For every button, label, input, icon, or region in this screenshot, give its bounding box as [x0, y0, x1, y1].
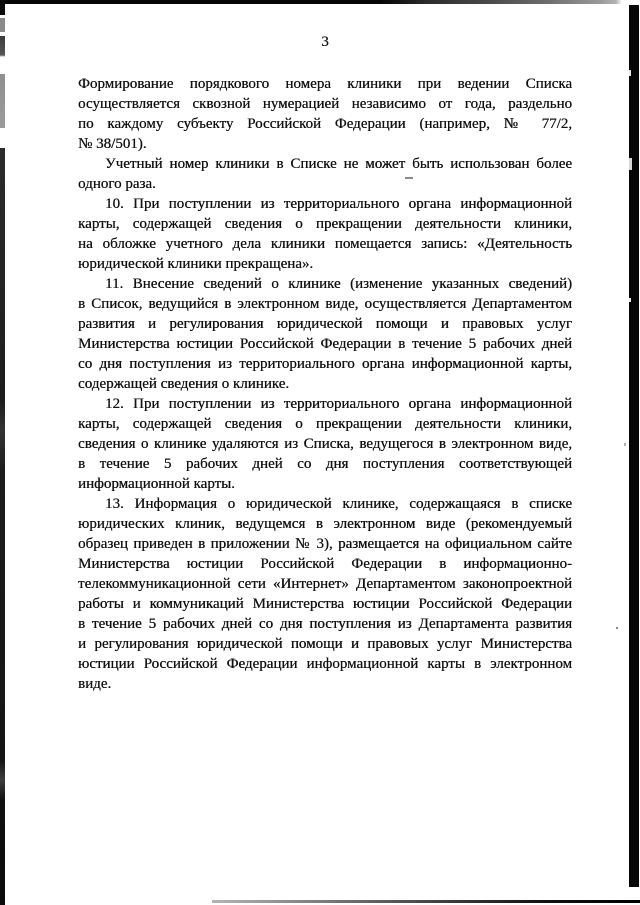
scan-speck: [624, 443, 626, 446]
text-line: карты, содержащей сведения о прекращении…: [78, 214, 572, 234]
text-line: развития и регулирования юридической пом…: [78, 314, 572, 334]
scan-speck: [629, 158, 632, 170]
text-line: Формирование порядкового номера клиники …: [78, 74, 572, 94]
text-line: и регулирования юридической помощи и пра…: [78, 634, 572, 654]
text-line: Учетный номер клиники в Списке не может …: [78, 154, 572, 174]
text-line: в течение 5 рабочих дней со дня поступле…: [78, 614, 572, 634]
paragraph-1: Формирование порядкового номера клиники …: [78, 74, 572, 154]
text-line: 13. Информация о юридической клинике, со…: [78, 494, 572, 514]
text-line: сведения о клинике удаляются из Списка, …: [78, 434, 572, 454]
scan-artifact-bottom-edge: [212, 900, 640, 903]
page-number: 3: [78, 34, 572, 51]
text-line: телекоммуникационной сети «Интернет» Деп…: [78, 574, 572, 594]
text-line: Министерства юстиции Российской Федераци…: [78, 334, 572, 354]
text-line: по каждому субъекту Российской Федерации…: [78, 114, 572, 134]
text-line: карты, содержащей сведения о прекращении…: [78, 414, 572, 434]
text-line: в течение 5 рабочих дней со дня поступле…: [78, 454, 572, 474]
text-line: виде.: [78, 674, 572, 694]
paragraph-2: Учетный номер клиники в Списке не может …: [78, 154, 572, 194]
scan-artifact-left-edge: [0, 0, 5, 905]
paragraph-4: 11. Внесение сведений о клинике (изменен…: [78, 274, 572, 394]
text-line: Министерства юстиции Российской Федераци…: [78, 554, 572, 574]
text-line: юридических клиник, ведущемся в электрон…: [78, 514, 572, 534]
text-line: работы и коммуникаций Министерства юстиц…: [78, 594, 572, 614]
text-line: 11. Внесение сведений о клинике (изменен…: [78, 274, 572, 294]
text-line: информационной карты.: [78, 474, 572, 494]
text-line: образец приведен в приложении № 3), разм…: [78, 534, 572, 554]
text-line: на обложке учетного дела клиники помещае…: [78, 234, 572, 254]
paragraph-6: 13. Информация о юридической клинике, со…: [78, 494, 572, 694]
scan-artifact-top-edge: [0, 0, 622, 4]
text-line: содержащей сведения о клинике.: [78, 374, 572, 394]
text-line: одного раза.: [78, 174, 572, 194]
document-body: Формирование порядкового номера клиники …: [78, 74, 572, 694]
scan-artifact-right-edge: [629, 5, 639, 887]
text-line: 10. При поступлении из территориального …: [78, 194, 572, 214]
text-line: осуществляется сквозной нумерацией незав…: [78, 94, 572, 114]
text-line: № 38/501).: [78, 134, 572, 154]
text-line: юридической клиники прекращена».: [78, 254, 572, 274]
text-line: в Список, ведущийся в электронном виде, …: [78, 294, 572, 314]
text-line: юстиции Российской Федерации информацион…: [78, 654, 572, 674]
scan-speck: [629, 298, 631, 302]
scan-speck: [629, 70, 631, 76]
paragraph-3: 10. При поступлении из территориального …: [78, 194, 572, 274]
text-line: 12. При поступлении из территориального …: [78, 394, 572, 414]
scan-speck: [616, 627, 618, 629]
document-page: 3 Формирование порядкового номера клиник…: [0, 0, 640, 905]
text-line: со дня поступления из территориального о…: [78, 354, 572, 374]
paragraph-5: 12. При поступлении из территориального …: [78, 394, 572, 494]
